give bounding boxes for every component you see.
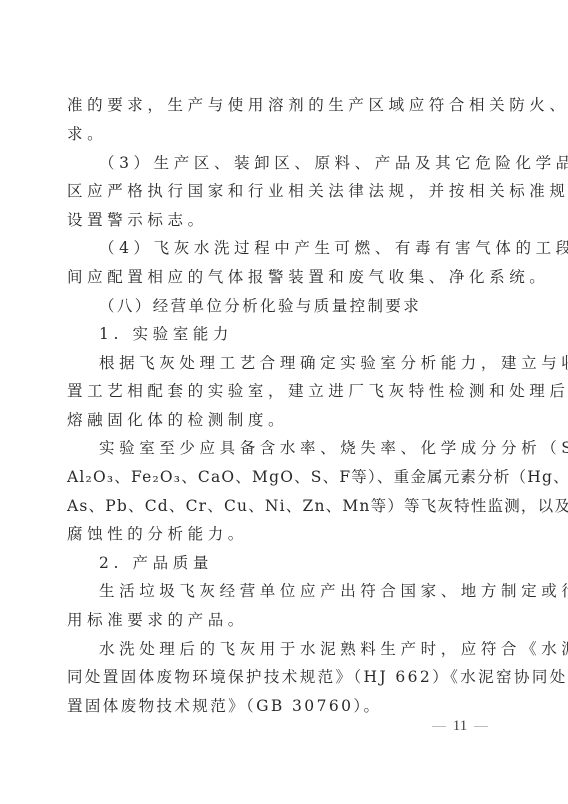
paragraph-line: 区应严格执行国家和行业相关法律法规，并按相关标准规范要求 bbox=[67, 181, 495, 201]
page-number: 11 bbox=[430, 717, 490, 735]
paragraph-line: 水洗处理后的飞灰用于水泥熟料生产时，应符合《水泥窑协 bbox=[99, 639, 495, 659]
dash-left bbox=[432, 726, 446, 727]
paragraph-line: 腐蚀性的分析能力。 bbox=[67, 524, 495, 544]
paragraph-line: 设置警示标志。 bbox=[67, 210, 495, 230]
paragraph-line: 实验室至少应具备含水率、烧失率、化学成分分析（SiO₂、 bbox=[99, 438, 495, 458]
paragraph-line: As、Pb、Cd、Cr、Cu、Ni、Zn、Mn等）等飞灰特性监测，以及 bbox=[67, 496, 495, 516]
paragraph-line: 根据飞灰处理工艺合理确定实验室分析能力，建立与收集处 bbox=[99, 353, 495, 373]
paragraph-line: 熔融固化体的检测制度。 bbox=[67, 410, 495, 430]
paragraph-line: 置固体废物技术规范》（GB 30760）。 bbox=[67, 696, 495, 716]
paragraph-line: （3）生产区、装卸区、原料、产品及其它危险化学品存放 bbox=[99, 153, 495, 173]
paragraph-line: 间应配置相应的气体报警装置和废气收集、净化系统。 bbox=[67, 267, 495, 287]
section-heading: （八）经营单位分析化验与质量控制要求 bbox=[99, 296, 495, 316]
document-page: 准的要求，生产与使用溶剂的生产区域应符合相关防火、防爆要 求。 （3）生产区、装… bbox=[0, 0, 568, 804]
page-number-text: 11 bbox=[453, 718, 467, 735]
paragraph-line: 准的要求，生产与使用溶剂的生产区域应符合相关防火、防爆要 bbox=[67, 95, 495, 115]
subsection-heading: 1. 实验室能力 bbox=[99, 324, 495, 344]
subsection-heading: 2. 产品质量 bbox=[99, 553, 495, 573]
paragraph-line: 用标准要求的产品。 bbox=[67, 610, 495, 630]
dash-right bbox=[474, 726, 488, 727]
paragraph-line: 置工艺相配套的实验室，建立进厂飞灰特性检测和处理后飞灰、 bbox=[67, 381, 495, 401]
paragraph-line: 生活垃圾飞灰经营单位应产出符合国家、地方制定或行业通 bbox=[99, 581, 495, 601]
paragraph-line: 求。 bbox=[67, 124, 495, 144]
paragraph-line: 同处置固体废物环境保护技术规范》（HJ 662）《水泥窑协同处 bbox=[67, 667, 495, 687]
paragraph-line: Al₂O₃、Fe₂O₃、CaO、MgO、S、F等）、重金属元素分析（Hg、 bbox=[67, 467, 495, 487]
paragraph-line: （4）飞灰水洗过程中产生可燃、有毒有害气体的工段及车 bbox=[99, 238, 495, 258]
